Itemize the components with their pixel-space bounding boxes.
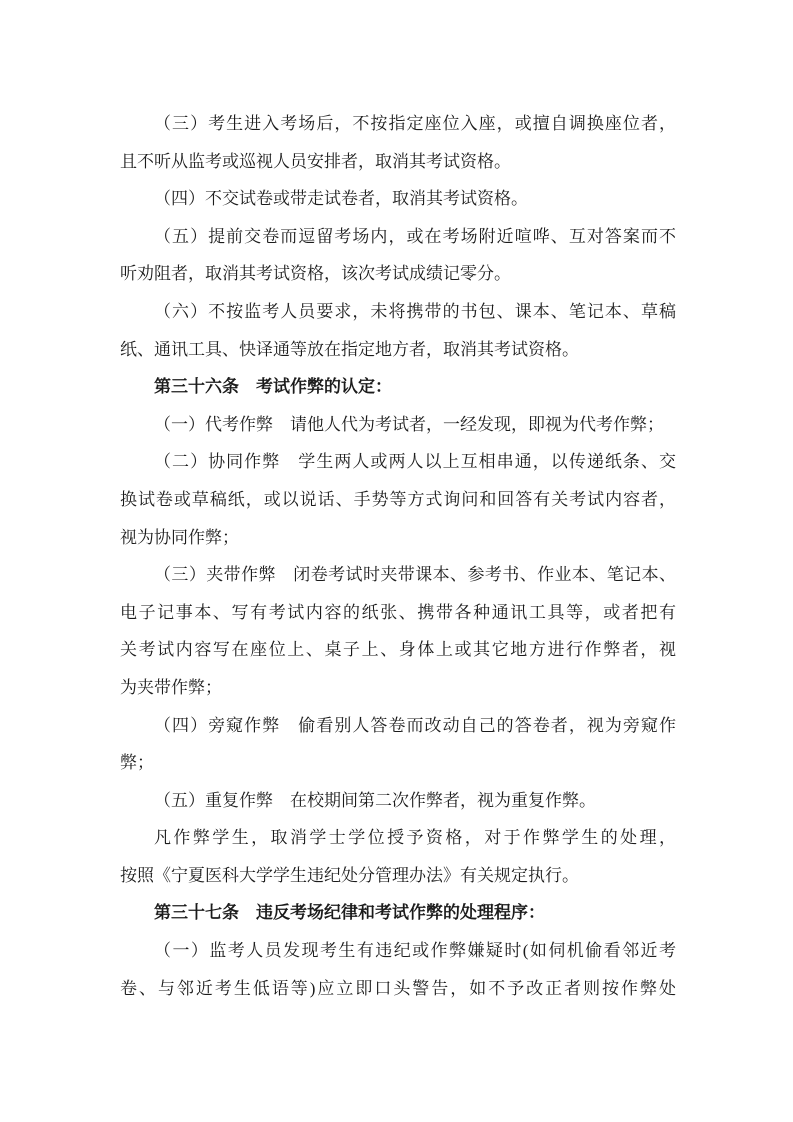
cheat-1-line-1: （一）代考作弊 请他人代为考试者，一经发现，即视为代考作弊； xyxy=(120,406,676,444)
procedure-1-line-2: 卷、与邻近考生低语等)应立即口头警告，如不予改正者则按作弊处 xyxy=(120,970,676,1008)
para-5-line-2: 听劝阻者，取消其考试资格，该次考试成绩记零分。 xyxy=(120,255,676,293)
para-3-line-1: （三）考生进入考场后，不按指定座位入座，或擅自调换座位者， xyxy=(120,105,676,143)
cheat-3-line-2: 电子记事本、写有考试内容的纸张、携带各种通讯工具等，或者把有 xyxy=(120,594,676,632)
penalty-line-2: 按照《宁夏医科大学学生违纪处分管理办法》有关规定执行。 xyxy=(120,857,676,895)
para-5-line-1: （五）提前交卷而逗留考场内，或在考场附近喧哗、互对答案而不 xyxy=(120,218,676,256)
article-37-heading: 第三十七条 违反考场纪律和考试作弊的处理程序： xyxy=(120,894,676,932)
cheat-3-line-1: （三）夹带作弊 闭卷考试时夹带课本、参考书、作业本、笔记本、 xyxy=(120,556,676,594)
procedure-1-line-1: （一）监考人员发现考生有违纪或作弊嫌疑时(如伺机偷看邻近考 xyxy=(120,932,676,970)
cheat-2-line-2: 换试卷或草稿纸，或以说话、手势等方式询问和回答有关考试内容者， xyxy=(120,481,676,519)
para-6-line-1: （六）不按监考人员要求，未将携带的书包、课本、笔记本、草稿 xyxy=(120,293,676,331)
para-3-line-2: 且不听从监考或巡视人员安排者，取消其考试资格。 xyxy=(120,143,676,181)
cheat-5-line-1: （五）重复作弊 在校期间第二次作弊者，视为重复作弊。 xyxy=(120,782,676,820)
para-4-line-1: （四）不交试卷或带走试卷者，取消其考试资格。 xyxy=(120,180,676,218)
cheat-3-line-4: 为夹带作弊； xyxy=(120,669,676,707)
article-36-heading: 第三十六条 考试作弊的认定： xyxy=(120,368,676,406)
para-6-line-2: 纸、通讯工具、快译通等放在指定地方者，取消其考试资格。 xyxy=(120,331,676,369)
cheat-4-line-2: 弊； xyxy=(120,744,676,782)
document-page: （三）考生进入考场后，不按指定座位入座，或擅自调换座位者， 且不听从监考或巡视人… xyxy=(0,0,793,1122)
cheat-3-line-3: 关考试内容写在座位上、桌子上、身体上或其它地方进行作弊者，视 xyxy=(120,631,676,669)
cheat-2-line-1: （二）协同作弊 学生两人或两人以上互相串通，以传递纸条、交 xyxy=(120,443,676,481)
cheat-2-line-3: 视为协同作弊； xyxy=(120,519,676,557)
penalty-line-1: 凡作弊学生，取消学士学位授予资格，对于作弊学生的处理， xyxy=(120,819,676,857)
cheat-4-line-1: （四）旁窥作弊 偷看别人答卷而改动自己的答卷者，视为旁窥作 xyxy=(120,707,676,745)
document-text-block: （三）考生进入考场后，不按指定座位入座，或擅自调换座位者， 且不听从监考或巡视人… xyxy=(120,105,676,1007)
